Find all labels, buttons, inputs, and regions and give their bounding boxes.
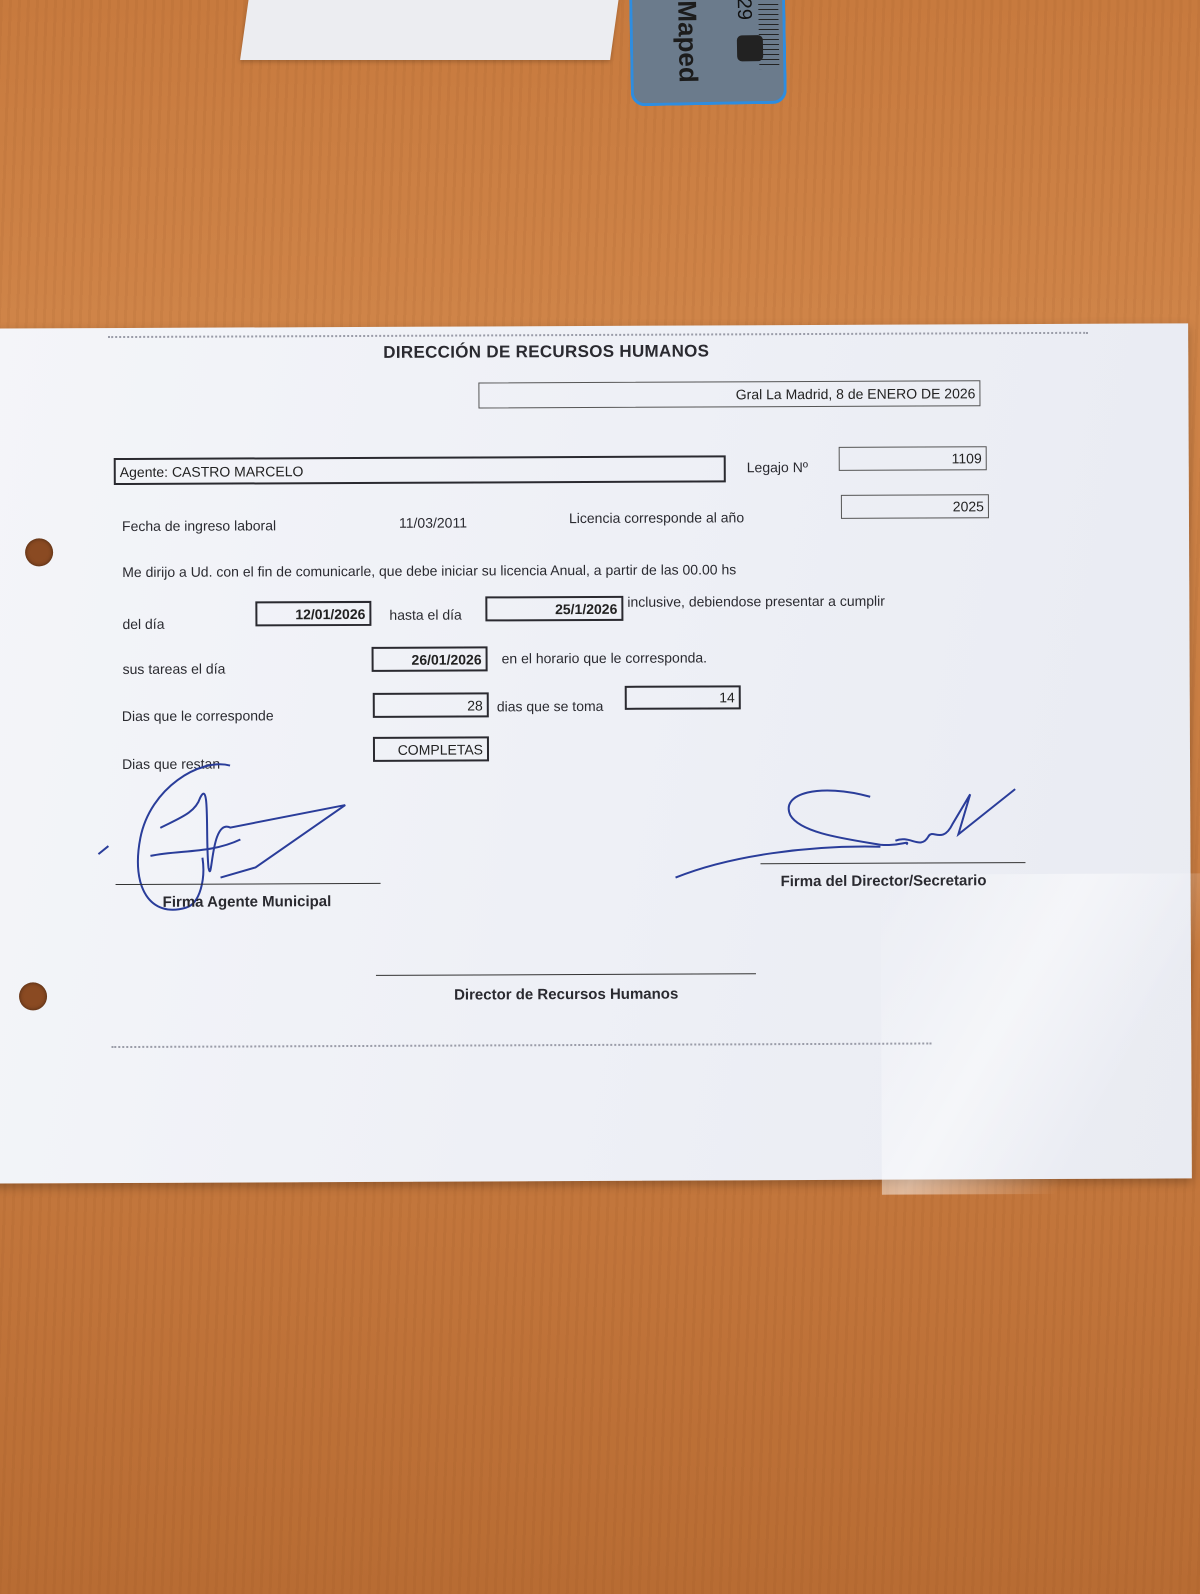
horario-text: en el horario que le corresponda. xyxy=(502,649,708,666)
ruler: Maped 29 xyxy=(629,0,787,106)
ruler-marking: 29 xyxy=(732,0,755,20)
dias-corresponde-field: 28 xyxy=(373,692,489,718)
firma-director-label: Firma del Director/Secretario xyxy=(781,872,987,890)
tareas-label: sus tareas el día xyxy=(123,661,226,677)
dias-restan-field: COMPLETAS xyxy=(373,736,489,762)
desde-value: 12/01/2026 xyxy=(295,605,365,621)
ruler-ticks xyxy=(758,0,779,69)
document-title: DIRECCIÓN DE RECURSOS HUMANOS xyxy=(383,341,709,362)
binder-hole-bottom xyxy=(19,982,47,1010)
tareas-field: 26/01/2026 xyxy=(372,646,488,672)
paper-crease xyxy=(881,873,1200,1194)
place-date: Gral La Madrid, 8 de ENERO DE 2026 xyxy=(736,385,976,402)
dias-restan-value: COMPLETAS xyxy=(398,741,483,757)
place-date-field: Gral La Madrid, 8 de ENERO DE 2026 xyxy=(478,380,980,408)
agent-field: Agente: CASTRO MARCELO xyxy=(114,455,726,485)
tareas-value: 26/01/2026 xyxy=(411,651,481,667)
document-sheet: DIRECCIÓN DE RECURSOS HUMANOS Gral La Ma… xyxy=(0,323,1192,1183)
body-text: Me dirijo a Ud. con el fin de comunicarl… xyxy=(122,561,736,580)
binder-hole-top xyxy=(25,538,53,566)
legajo-value: 1109 xyxy=(952,450,982,466)
dias-corresponde-label: Dias que le corresponde xyxy=(122,707,274,724)
dias-toma-value: 14 xyxy=(719,689,735,705)
agent-name: Agente: CASTRO MARCELO xyxy=(120,463,304,480)
inclusive-text: inclusive, debiendose presentar a cumpli… xyxy=(627,593,885,610)
bottom-perforation xyxy=(111,1042,931,1048)
firma-agente-label: Firma Agente Municipal xyxy=(163,893,332,911)
licencia-value: 2025 xyxy=(953,498,984,514)
dias-corresponde-value: 28 xyxy=(467,697,483,713)
dias-toma-field: 14 xyxy=(625,685,741,710)
hasta-value: 25/1/2026 xyxy=(555,600,617,616)
director-signature xyxy=(670,784,1030,886)
licencia-field: 2025 xyxy=(841,494,989,519)
ingreso-label: Fecha de ingreso laboral xyxy=(122,517,276,534)
hasta-field: 25/1/2026 xyxy=(485,596,623,622)
dias-toma-label: dias que se toma xyxy=(497,698,604,714)
director-rrhh-label: Director de Recursos Humanos xyxy=(454,986,678,1004)
ingreso-value: 11/03/2011 xyxy=(399,515,467,531)
ruler-brand: Maped xyxy=(671,0,703,83)
desde-field: 12/01/2026 xyxy=(255,601,371,627)
licencia-label: Licencia corresponde al año xyxy=(569,509,744,526)
paper-scrap xyxy=(240,0,620,60)
hasta-label: hasta el día xyxy=(389,607,461,623)
legajo-label: Legajo Nº xyxy=(747,459,808,475)
rrhh-signature-line xyxy=(376,973,756,976)
legajo-field: 1109 xyxy=(839,446,987,471)
top-perforation xyxy=(108,332,1088,338)
desde-label: del día xyxy=(122,616,164,632)
